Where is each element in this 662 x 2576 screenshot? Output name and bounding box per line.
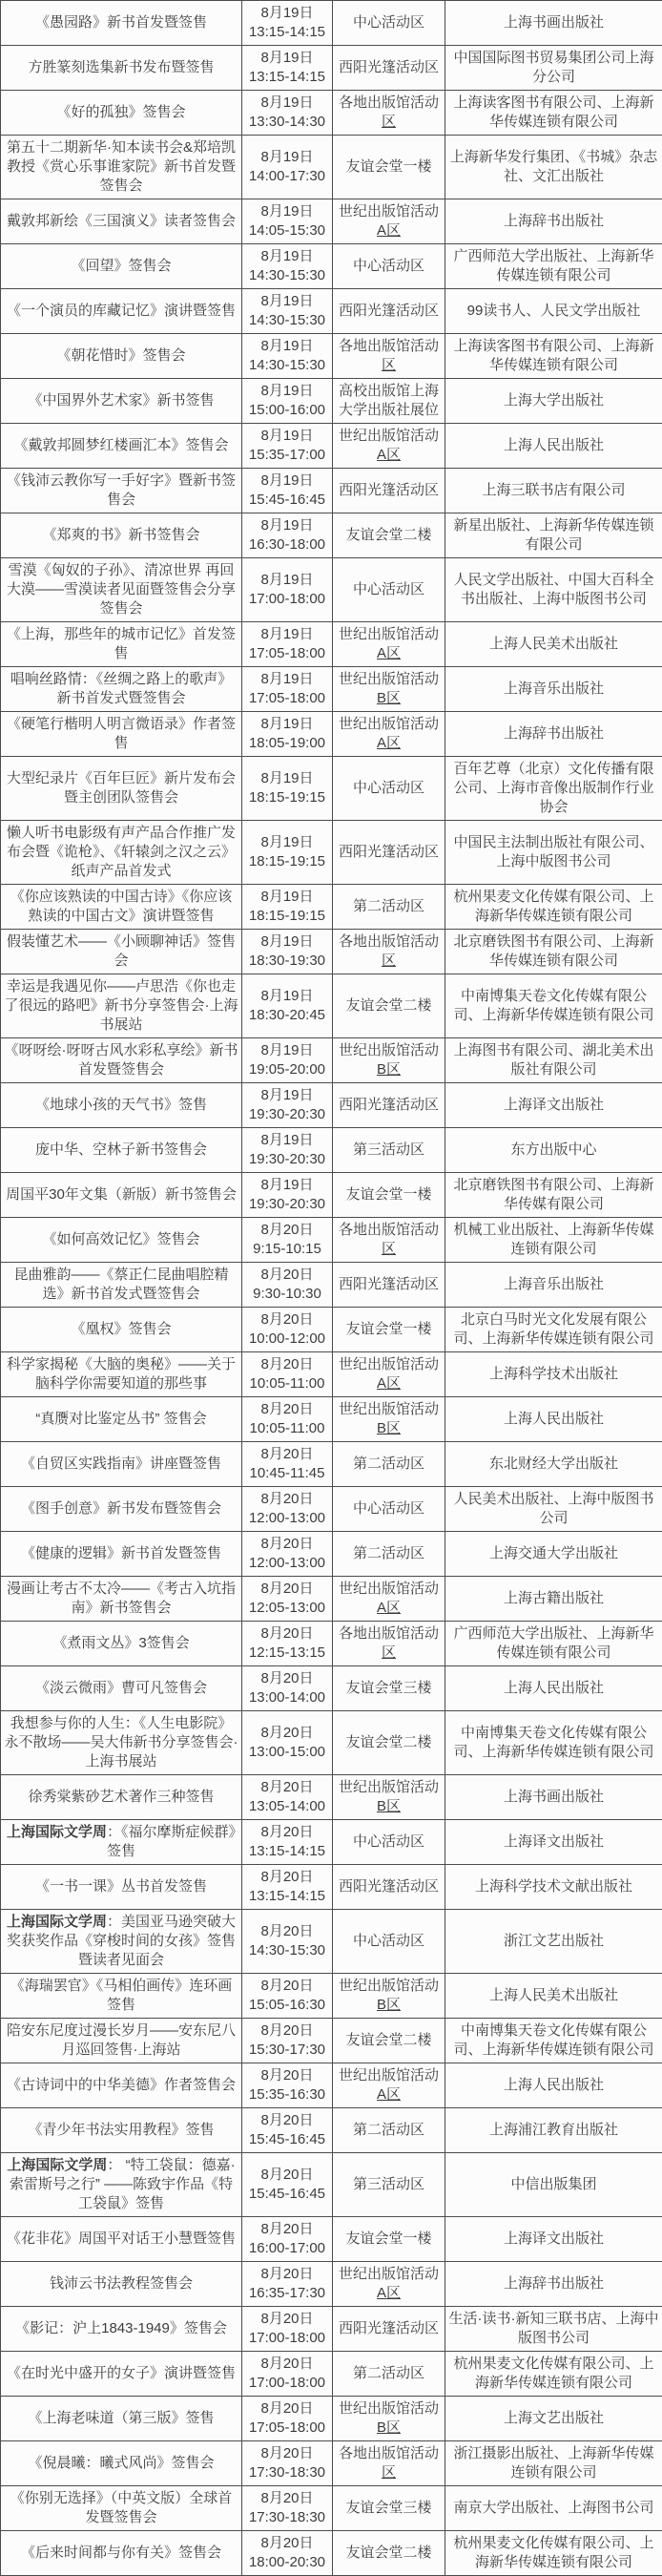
event-datetime-cell: 8月19日18:15-19:15 [242, 757, 333, 821]
event-date: 8月19日 [245, 715, 329, 734]
event-datetime-cell: 8月20日10:45-11:45 [242, 1442, 333, 1487]
event-venue-line2: B区 [336, 1419, 442, 1438]
event-venue: 世纪出版馆活动A区 [333, 2063, 445, 2108]
event-title-cell: 假装懂艺术——《小顾聊神话》签售会 [1, 930, 242, 974]
table-row: 《朝花惜时》签售会 8月19日14:30-15:30 各地出版馆活动区 上海读客… [1, 334, 662, 379]
event-venue: 世纪出版馆活动A区 [333, 622, 445, 667]
event-title: 《钱沛云教你写一手好字》暨新书签售会 [7, 472, 236, 508]
table-row: 昆曲雅韵——《蔡正仁昆曲唱腔精选》新书首发式暨签售会 8月20日9:30-10:… [1, 1263, 662, 1308]
event-organizer: 中南博集天卷文化传媒有限公司、上海新华传媒连锁有限公司 [445, 974, 662, 1038]
event-organizer: 上海人民美术出版社 [445, 622, 662, 667]
event-time: 13:15-14:15 [245, 1842, 329, 1861]
event-organizer: 生活·读书·新知三联书店、上海中版图书公司 [445, 2307, 662, 2352]
event-date: 8月19日 [245, 888, 329, 907]
event-title-cell: 《影记：沪上1843-1949》签售会 [1, 2307, 242, 2352]
event-title: 幸运是我遇见你——卢思浩《你也走了很远的路吧》新书分享签售会·上海书展站 [5, 978, 238, 1033]
event-title-cell: 昆曲雅韵——《蔡正仁昆曲唱腔精选》新书首发式暨签售会 [1, 1263, 242, 1308]
event-title-cell: 钱沛云书法教程签售会 [1, 2262, 242, 2307]
event-title: 《淡云微雨》曹可凡签售会 [35, 1680, 207, 1696]
event-venue: 中心活动区 [333, 558, 445, 622]
event-organizer: 东北财经大学出版社 [445, 1442, 662, 1487]
event-title-cell: 《回望》签售会 [1, 244, 242, 289]
event-time: 17:05-18:00 [245, 2419, 329, 2438]
event-time: 16:30-18:00 [245, 535, 329, 555]
event-title-cell: 第五十二期新华·知本读书会&郑培凯教授《赏心乐事谁家院》新书首发暨签售会 [1, 136, 242, 199]
event-title-cell: 科学家揭秘《大脑的奥秘》——关于脑科学你需要知道的那些事 [1, 1352, 242, 1397]
event-date: 8月19日 [245, 1131, 329, 1150]
event-datetime-cell: 8月20日17:30-18:30 [242, 2441, 333, 2486]
event-organizer: 南京大学出版社、上海图书公司 [445, 2486, 662, 2531]
event-time: 14:30-15:30 [245, 266, 329, 285]
table-row: 《煮雨文丛》3签售会 8月20日12:15-13:15 各地出版馆活动区 广西师… [1, 1622, 662, 1666]
event-title: “真赝对比鉴定丛书” 签售会 [35, 1411, 206, 1427]
event-datetime-cell: 8月19日14:30-15:30 [242, 334, 333, 379]
event-venue: 世纪出版馆活动A区 [333, 1577, 445, 1622]
events-table-body: 《愚园路》新书首发暨签售 8月19日13:15-14:15 中心活动区 上海书画… [1, 1, 662, 2576]
event-venue: 第三活动区 [333, 1128, 445, 1173]
event-venue: 第二活动区 [333, 885, 445, 930]
table-row: 《你应该熟读的中国古诗》《你应该熟读的中国古文》演讲暨签售 8月19日18:15… [1, 885, 662, 930]
event-title: 《后来时间都与你有关》签售会 [21, 2545, 221, 2561]
event-date: 8月20日 [245, 2220, 329, 2239]
event-title: 《呀呀绘·呀呀古风水彩私享绘》新书首发暨签售会 [5, 1042, 238, 1078]
table-row: 《上海老味道（第三版》签售 8月20日17:05-18:00 世纪出版馆活动B区… [1, 2397, 662, 2441]
event-venue-line1: 各地出版馆活动 [336, 337, 442, 356]
event-time: 13:30-14:30 [245, 113, 329, 132]
event-organizer: 北京磨铁图书有限公司、上海新华传媒有限公司 [445, 1173, 662, 1218]
event-datetime-cell: 8月20日17:00-18:00 [242, 2352, 333, 2397]
event-organizer: 上海音乐出版社 [445, 1263, 662, 1308]
event-title: 《上海老味道（第三版》签售 [28, 2410, 214, 2426]
table-row: 《如何高效记忆》签售会 8月20日9:15-10:15 各地出版馆活动区 机械工… [1, 1218, 662, 1263]
event-date: 8月19日 [245, 4, 329, 23]
event-venue: 中心活动区 [333, 757, 445, 821]
event-title: 《地球小孩的天气书》签售 [35, 1097, 207, 1113]
event-date: 8月20日 [245, 2265, 329, 2284]
event-venue: 西阳光篷活动区 [333, 2307, 445, 2352]
event-title-cell: 《煮雨文丛》3签售会 [1, 1622, 242, 1666]
event-time: 15:45-16:45 [245, 2130, 329, 2149]
event-venue-line1: 世纪出版馆活动 [336, 2399, 442, 2419]
event-datetime-cell: 8月19日18:30-19:30 [242, 930, 333, 974]
event-venue-line2: A区 [336, 644, 442, 663]
event-venue: 高校出版馆上海大学出版社展位 [333, 379, 445, 424]
event-time: 19:05-20:00 [245, 1060, 329, 1079]
event-date: 8月20日 [245, 1310, 329, 1330]
event-organizer: 上海读客图书有限公司、上海新华传媒连锁有限公司 [445, 334, 662, 379]
event-time: 15:30-17:30 [245, 2041, 329, 2060]
event-title-cell: 《上海，那些年的城市记忆》首发签售 [1, 622, 242, 667]
event-time: 16:35-17:30 [245, 2284, 329, 2303]
event-datetime-cell: 8月19日18:05-19:00 [242, 712, 333, 757]
event-organizer: 上海图书有限公司、湖北美术出版社有限公司 [445, 1038, 662, 1083]
event-title-cell: 上海国际文学周：《福尔摩斯症候群》签售 [1, 1820, 242, 1865]
table-row: 《钱沛云教你写一手好字》暨新书签售会 8月19日15:45-16:45 西阳光篷… [1, 469, 662, 513]
event-title-cell: 懒人听书电影级有声产品合作推广发布会暨《诡枪》、《轩辕剑之汉之云》纸声产品首发式 [1, 821, 242, 885]
event-date: 8月20日 [245, 1221, 329, 1240]
event-organizer: 上海人民美术出版社 [445, 1974, 662, 2019]
event-organizer: 浙江文艺出版社 [445, 1910, 662, 1974]
event-venue: 各地出版馆活动区 [333, 2441, 445, 2486]
event-venue-line2: A区 [336, 1599, 442, 1618]
event-title: 我想参与你的人生：《人生电影院》永不散场——吴大伟新书分享签售会·上海书展站 [5, 1715, 238, 1770]
event-venue: 友谊会堂一楼 [333, 136, 445, 199]
event-time: 10:00-12:00 [245, 1330, 329, 1349]
table-row: 《海瑞罢官》《马相伯画传》连环画签售 8月20日15:05-16:30 世纪出版… [1, 1974, 662, 2019]
event-title: 大型纪录片《百年巨匠》新片发布会暨主创团队签售会 [7, 770, 236, 806]
table-row: 《健康的逻辑》新书首发暨签售 8月20日12:00-13:00 第二活动区 上海… [1, 1532, 662, 1577]
event-venue-line2: 区 [336, 952, 442, 971]
event-title-cell: 戴敦邦新绘《三国演义》读者签售会 [1, 199, 242, 244]
event-datetime-cell: 8月20日16:35-17:30 [242, 2262, 333, 2307]
event-datetime-cell: 8月20日14:30-15:30 [242, 1910, 333, 1974]
event-time: 9:30-10:30 [245, 1285, 329, 1304]
event-datetime-cell: 8月19日18:15-19:15 [242, 821, 333, 885]
table-row: 《倪晨曦：曦式风尚》签售会 8月20日17:30-18:30 各地出版馆活动区 … [1, 2441, 662, 2486]
event-datetime-cell: 8月20日12:15-13:15 [242, 1622, 333, 1666]
event-datetime-cell: 8月19日16:30-18:00 [242, 513, 333, 558]
table-row: 幸运是我遇见你——卢思浩《你也走了很远的路吧》新书分享签售会·上海书展站 8月1… [1, 974, 662, 1038]
event-date: 8月20日 [245, 1868, 329, 1887]
event-time: 10:45-11:45 [245, 1464, 329, 1483]
event-datetime-cell: 8月20日13:00-15:00 [242, 1711, 333, 1775]
event-organizer: 上海辞书出版社 [445, 2262, 662, 2307]
event-title: 《上海，那些年的城市记忆》首发签售 [7, 626, 236, 661]
event-title: 《自贸区实践指南》讲座暨签售 [21, 1456, 221, 1472]
event-title-cell: 我想参与你的人生：《人生电影院》永不散场——吴大伟新书分享签售会·上海书展站 [1, 1711, 242, 1775]
events-table: 《愚园路》新书首发暨签售 8月19日13:15-14:15 中心活动区 上海书画… [0, 0, 662, 2576]
event-title: 《煮雨文丛》3签售会 [52, 1635, 189, 1651]
event-date: 8月20日 [245, 2310, 329, 2329]
event-datetime-cell: 8月19日19:30-20:30 [242, 1128, 333, 1173]
table-row: 戴敦邦新绘《三国演义》读者签售会 8月19日14:05-15:30 世纪出版馆活… [1, 199, 662, 244]
event-date: 8月19日 [245, 987, 329, 1006]
event-title: 《戴敦邦圆梦红楼画汇本》签售会 [13, 437, 228, 453]
event-time: 14:30-15:30 [245, 1941, 329, 1960]
event-title: 懒人听书电影级有声产品合作推广发布会暨《诡枪》、《轩辕剑之汉之云》纸声产品首发式 [7, 825, 236, 879]
event-title-cell: 《后来时间都与你有关》签售会 [1, 2531, 242, 2576]
table-row: 上海国际文学周：《福尔摩斯症候群》签售 8月20日13:15-14:15 中心活… [1, 1820, 662, 1865]
table-row: 我想参与你的人生：《人生电影院》永不散场——吴大伟新书分享签售会·上海书展站 8… [1, 1711, 662, 1775]
event-title-cell: 《海瑞罢官》《马相伯画传》连环画签售 [1, 1974, 242, 2019]
event-datetime-cell: 8月20日10:00-12:00 [242, 1308, 333, 1352]
table-row: 《淡云微雨》曹可凡签售会 8月20日13:00-14:00 友谊会堂三楼 上海人… [1, 1666, 662, 1711]
event-organizer: 上海新华发行集团、《书城》杂志社、文汇出版社 [445, 136, 662, 199]
event-venue-line2: 区 [336, 1240, 442, 1259]
event-organizer: 上海音乐出版社 [445, 667, 662, 712]
event-datetime-cell: 8月19日14:30-15:30 [242, 244, 333, 289]
event-title: 漫画让考古不太冷——《考古入坑指南》新书签售会 [7, 1581, 236, 1616]
event-title: 《你应该熟读的中国古诗》《你应该熟读的中国古文》演讲暨签售 [10, 889, 233, 924]
table-row: 《硬笔行楷明人明言微语录》作者签售 8月19日18:05-19:00 世纪出版馆… [1, 712, 662, 757]
event-datetime-cell: 8月20日15:35-16:30 [242, 2063, 333, 2108]
event-venue: 西阳光篷活动区 [333, 46, 445, 91]
event-venue: 中心活动区 [333, 1, 445, 46]
event-time: 14:30-15:30 [245, 356, 329, 375]
event-time: 13:00-14:00 [245, 1688, 329, 1707]
table-row: 庞中华、空林子新书签售会 8月19日19:30-20:30 第三活动区 东方出版… [1, 1128, 662, 1173]
event-time: 17:00-18:00 [245, 2374, 329, 2393]
event-title: 《古诗词中的中华美德》作者签售会 [7, 2077, 236, 2093]
event-venue-line2: A区 [336, 2085, 442, 2105]
table-row: 《中国界外艺术家》新书签售 8月19日15:00-16:00 高校出版馆上海大学… [1, 379, 662, 424]
event-title: ：《福尔摩斯症候群》签售 [107, 1824, 236, 1859]
event-venue-line1: 世纪出版馆活动 [336, 715, 442, 734]
event-venue-line2: A区 [336, 734, 442, 753]
event-date: 8月19日 [245, 932, 329, 952]
event-datetime-cell: 8月19日15:35-17:00 [242, 424, 333, 469]
event-datetime-cell: 8月20日17:30-18:30 [242, 2486, 333, 2531]
table-row: 陪安东尼度过漫长岁月——安东尼八月巡回签售·上海站 8月20日15:30-17:… [1, 2019, 662, 2063]
event-time: 18:05-19:00 [245, 734, 329, 753]
table-row: 上海国际文学周：美国亚马逊突破大奖获奖作品《穿梭时间的女孩》签售暨读者见面会 8… [1, 1910, 662, 1974]
event-organizer: 上海人民出版社 [445, 1666, 662, 1711]
table-row: “真赝对比鉴定丛书” 签售会 8月20日10:05-11:00 世纪出版馆活动B… [1, 1397, 662, 1442]
event-title-cell: “真赝对比鉴定丛书” 签售会 [1, 1397, 242, 1442]
event-title-cell: 周国平30年文集（新版）新书签售会 [1, 1173, 242, 1218]
event-datetime-cell: 8月20日16:00-17:00 [242, 2217, 333, 2262]
event-datetime-cell: 8月19日14:30-15:30 [242, 289, 333, 334]
event-venue: 中心活动区 [333, 1820, 445, 1865]
event-organizer: 北京磨铁图书有限公司、上海新华传媒连锁有限公司 [445, 930, 662, 974]
event-title: 《回望》签售会 [71, 258, 171, 274]
event-date: 8月20日 [245, 2111, 329, 2130]
event-time: 12:05-13:00 [245, 1599, 329, 1618]
event-organizer: 上海科学技术出版社 [445, 1352, 662, 1397]
event-venue: 世纪出版馆活动B区 [333, 2397, 445, 2441]
event-date: 8月20日 [245, 1624, 329, 1644]
event-date: 8月19日 [245, 833, 329, 852]
event-venue: 西阳光篷活动区 [333, 1865, 445, 1910]
event-venue: 西阳光篷活动区 [333, 469, 445, 513]
table-row: 雪漠《匈奴的子孙》、清凉世界 再回大漠——雪漠读者见面暨签售会分享签售会 8月1… [1, 558, 662, 622]
event-title: 《青少年书法实用教程》签售 [28, 2122, 214, 2138]
event-title: 昆曲雅韵——《蔡正仁昆曲唱腔精选》新书首发式暨签售会 [13, 1267, 228, 1302]
event-venue: 友谊会堂三楼 [333, 2486, 445, 2531]
event-title-cell: 《青少年书法实用教程》签售 [1, 2108, 242, 2153]
event-date: 8月19日 [245, 471, 329, 491]
event-organizer: 中国国际图书贸易集团公司上海分公司 [445, 46, 662, 91]
event-datetime-cell: 8月20日17:00-18:00 [242, 2307, 333, 2352]
event-title: 《图手创意》新书发布暨签售会 [21, 1500, 221, 1517]
event-time: 19:30-20:30 [245, 1150, 329, 1169]
event-title-cell: 上海国际文学周： “特工袋鼠：德嘉·索雷斯号之行” ——陈致宇作品《特工袋鼠》签… [1, 2153, 242, 2217]
event-time: 10:05-11:00 [245, 1374, 329, 1393]
event-title: 《硬笔行楷明人明言微语录》作者签售 [7, 716, 236, 751]
event-date: 8月20日 [245, 1977, 329, 1996]
event-title-cell: 《愚园路》新书首发暨签售 [1, 1, 242, 46]
event-organizer: 中南博集天卷文化传媒有限公司、上海新华传媒连锁有限公司 [445, 2019, 662, 2063]
event-organizer: 机械工业出版社、上海新华传媒连锁有限公司 [445, 1218, 662, 1263]
event-venue: 世纪出版馆活动A区 [333, 1352, 445, 1397]
table-row: 《一个演员的库藏记忆》演讲暨签售 8月19日14:30-15:30 西阳光篷活动… [1, 289, 662, 334]
event-title-cell: 《如何高效记忆》签售会 [1, 1218, 242, 1263]
event-venue: 第二活动区 [333, 1532, 445, 1577]
event-date: 8月19日 [245, 670, 329, 689]
event-venue-line2: B区 [336, 1060, 442, 1079]
event-datetime-cell: 8月19日18:15-19:15 [242, 885, 333, 930]
event-organizer: 上海辞书出版社 [445, 199, 662, 244]
event-venue-line1: 世纪出版馆活动 [336, 202, 442, 221]
event-title: 第五十二期新华·知本读书会&郑培凯教授《赏心乐事谁家院》新书首发暨签售会 [7, 139, 236, 194]
event-time: 13:15-14:15 [245, 68, 329, 87]
event-title-cell: 《在时光中盛开的女子》演讲暨签售 [1, 2352, 242, 2397]
event-venue: 世纪出版馆活动A区 [333, 712, 445, 757]
event-datetime-cell: 8月20日12:00-13:00 [242, 1532, 333, 1577]
table-row: 科学家揭秘《大脑的奥秘》——关于脑科学你需要知道的那些事 8月20日10:05-… [1, 1352, 662, 1397]
event-organizer: 人民文学出版社、中国大百科全书出版社、上海中版图书公司 [445, 558, 662, 622]
table-row: 《郑爽的书》新书签售会 8月19日16:30-18:00 友谊会堂二楼 新星出版… [1, 513, 662, 558]
event-organizer: 中信出版集团 [445, 2153, 662, 2217]
event-datetime-cell: 8月19日17:05-18:00 [242, 667, 333, 712]
event-date: 8月20日 [245, 2355, 329, 2374]
event-date: 8月19日 [245, 1086, 329, 1105]
event-venue-line2: 区 [336, 1644, 442, 1663]
event-time: 10:05-11:00 [245, 1419, 329, 1438]
table-row: 第五十二期新华·知本读书会&郑培凯教授《赏心乐事谁家院》新书首发暨签售会 8月1… [1, 136, 662, 199]
event-date: 8月20日 [245, 1778, 329, 1797]
event-title-bold-prefix: 上海国际文学周 [7, 1914, 107, 1930]
event-venue-line1: 世纪出版馆活动 [336, 670, 442, 689]
event-venue: 中心活动区 [333, 244, 445, 289]
event-venue: 第三活动区 [333, 2153, 445, 2217]
event-datetime-cell: 8月20日13:00-14:00 [242, 1666, 333, 1711]
event-venue-line1: 各地出版馆活动 [336, 1221, 442, 1240]
event-title: 《在时光中盛开的女子》演讲暨签售 [7, 2365, 236, 2381]
event-venue-line2: 区 [336, 2463, 442, 2482]
event-title: 陪安东尼度过漫长岁月——安东尼八月巡回签售·上海站 [7, 2022, 236, 2058]
event-venue: 各地出版馆活动区 [333, 334, 445, 379]
event-date: 8月20日 [245, 2489, 329, 2508]
table-row: 《地球小孩的天气书》签售 8月19日19:30-20:30 西阳光篷活动区 上海… [1, 1083, 662, 1128]
event-time: 15:45-16:45 [245, 491, 329, 510]
event-date: 8月19日 [245, 516, 329, 535]
event-title-cell: 庞中华、空林子新书签售会 [1, 1128, 242, 1173]
event-organizer: 上海浦江教育出版社 [445, 2108, 662, 2153]
event-time: 14:05-15:30 [245, 221, 329, 241]
event-datetime-cell: 8月19日19:30-20:30 [242, 1083, 333, 1128]
event-venue: 世纪出版馆活动B区 [333, 1775, 445, 1820]
event-venue-line2: A区 [336, 2284, 442, 2303]
event-venue: 第二活动区 [333, 2108, 445, 2153]
event-venue-line2: B区 [336, 689, 442, 708]
event-title-bold-prefix: 上海国际文学周 [7, 2157, 107, 2173]
event-title: 唱响丝路情：《丝绸之路上的歌声》新书首发式暨签售会 [10, 671, 233, 706]
event-title-cell: 徐秀棠紫砂艺术著作三种签售 [1, 1775, 242, 1820]
event-title: 戴敦邦新绘《三国演义》读者签售会 [7, 213, 236, 229]
event-venue-line1: 世纪出版馆活动 [336, 1778, 442, 1797]
event-venue-line2: B区 [336, 1797, 442, 1816]
event-title-cell: 《一书一课》丛书首发签售 [1, 1865, 242, 1910]
event-time: 16:00-17:00 [245, 2239, 329, 2258]
event-venue-line1: 世纪出版馆活动 [336, 1977, 442, 1996]
event-venue: 世纪出版馆活动A区 [333, 424, 445, 469]
event-title: 《花非花》周国平对话王小慧暨签售 [7, 2230, 236, 2247]
event-date: 8月19日 [245, 769, 329, 788]
event-venue-line2: 区 [336, 113, 442, 132]
event-date: 8月20日 [245, 1922, 329, 1941]
event-title-cell: 《朝花惜时》签售会 [1, 334, 242, 379]
table-row: 上海国际文学周： “特工袋鼠：德嘉·索雷斯号之行” ——陈致宇作品《特工袋鼠》签… [1, 2153, 662, 2217]
event-venue-line2: A区 [336, 221, 442, 241]
event-date: 8月20日 [245, 2166, 329, 2185]
event-date: 8月20日 [245, 2021, 329, 2041]
event-date: 8月19日 [245, 148, 329, 167]
event-time: 17:05-18:00 [245, 644, 329, 663]
table-row: 《影记：沪上1843-1949》签售会 8月20日17:00-18:00 西阳光… [1, 2307, 662, 2352]
event-date: 8月20日 [245, 2066, 329, 2085]
event-date: 8月19日 [245, 49, 329, 68]
event-title-cell: 漫画让考古不太冷——《考古入坑指南》新书签售会 [1, 1577, 242, 1622]
event-datetime-cell: 8月19日19:30-20:30 [242, 1173, 333, 1218]
event-datetime-cell: 8月20日18:00-20:30 [242, 2531, 333, 2576]
event-title-cell: 大型纪录片《百年巨匠》新片发布会暨主创团队签售会 [1, 757, 242, 821]
event-venue-line2: A区 [336, 446, 442, 465]
event-time: 19:30-20:30 [245, 1195, 329, 1214]
event-time: 18:30-20:45 [245, 1006, 329, 1025]
event-title: 徐秀棠紫砂艺术著作三种签售 [28, 1789, 214, 1805]
event-title: 《如何高效记忆》签售会 [42, 1231, 199, 1247]
table-row: 《花非花》周国平对话王小慧暨签售 8月20日16:00-17:00 友谊会堂一楼… [1, 2217, 662, 2262]
event-organizer: 中南博集天卷文化传媒有限公司、上海新华传媒连锁有限公司 [445, 1711, 662, 1775]
event-datetime-cell: 8月20日17:05-18:00 [242, 2397, 333, 2441]
event-date: 8月20日 [245, 1535, 329, 1554]
event-venue: 各地出版馆活动区 [333, 1218, 445, 1263]
event-datetime-cell: 8月20日10:05-11:00 [242, 1397, 333, 1442]
event-date: 8月20日 [245, 1400, 329, 1419]
event-venue: 中心活动区 [333, 1910, 445, 1974]
event-datetime-cell: 8月20日12:05-13:00 [242, 1577, 333, 1622]
event-title: 《健康的逻辑》新书首发暨签售 [21, 1545, 221, 1561]
event-title: 《好的孤独》签售会 [56, 104, 185, 120]
event-datetime-cell: 8月19日17:05-18:00 [242, 622, 333, 667]
table-row: 《好的孤独》签售会 8月19日13:30-14:30 各地出版馆活动区 上海读客… [1, 91, 662, 136]
event-date: 8月19日 [245, 1176, 329, 1195]
event-date: 8月19日 [245, 625, 329, 644]
event-venue: 西阳光篷活动区 [333, 289, 445, 334]
table-row: 《一书一课》丛书首发签售 8月20日13:15-14:15 西阳光篷活动区 上海… [1, 1865, 662, 1910]
event-date: 8月20日 [245, 1355, 329, 1374]
event-title-cell: 《图手创意》新书发布暨签售会 [1, 1487, 242, 1532]
event-venue: 友谊会堂二楼 [333, 1711, 445, 1775]
table-row: 周国平30年文集（新版）新书签售会 8月19日19:30-20:30 友谊会堂一… [1, 1173, 662, 1218]
table-row: 漫画让考古不太冷——《考古入坑指南》新书签售会 8月20日12:05-13:00… [1, 1577, 662, 1622]
event-venue: 第二活动区 [333, 2352, 445, 2397]
event-organizer: 99读书人、人民文学出版社 [445, 289, 662, 334]
event-venue: 世纪出版馆活动A区 [333, 2262, 445, 2307]
event-time: 17:00-18:00 [245, 2329, 329, 2348]
event-title-cell: 《你别无选择》（中英文版）全球首发暨签售会 [1, 2486, 242, 2531]
event-time: 17:00-18:00 [245, 590, 329, 609]
event-title: 《凰权》签售会 [71, 1321, 171, 1337]
event-time: 15:05-16:30 [245, 1996, 329, 2015]
event-datetime-cell: 8月19日13:15-14:15 [242, 1, 333, 46]
event-organizer: 上海人民出版社 [445, 2063, 662, 2108]
table-row: 《戴敦邦圆梦红楼画汇本》签售会 8月19日15:35-17:00 世纪出版馆活动… [1, 424, 662, 469]
event-date: 8月20日 [245, 1266, 329, 1285]
event-title: 假装懂艺术——《小顾聊神话》签售会 [7, 933, 236, 969]
event-organizer: 新星出版社、上海新华传媒连锁有限公司 [445, 513, 662, 558]
event-title-cell: 《中国界外艺术家》新书签售 [1, 379, 242, 424]
event-time: 15:35-17:00 [245, 446, 329, 465]
event-title: 《影记：沪上1843-1949》签售会 [15, 2320, 227, 2336]
event-datetime-cell: 8月20日9:30-10:30 [242, 1263, 333, 1308]
event-datetime-cell: 8月19日17:00-18:00 [242, 558, 333, 622]
event-organizer: 广西师范大学出版社、上海新华传媒连锁有限公司 [445, 1622, 662, 1666]
event-time: 13:15-14:15 [245, 23, 329, 42]
event-time: 18:15-19:15 [245, 788, 329, 807]
event-organizer: 百年艺尊（北京）文化传播有限公司、上海市音像出版制作行业协会 [445, 757, 662, 821]
